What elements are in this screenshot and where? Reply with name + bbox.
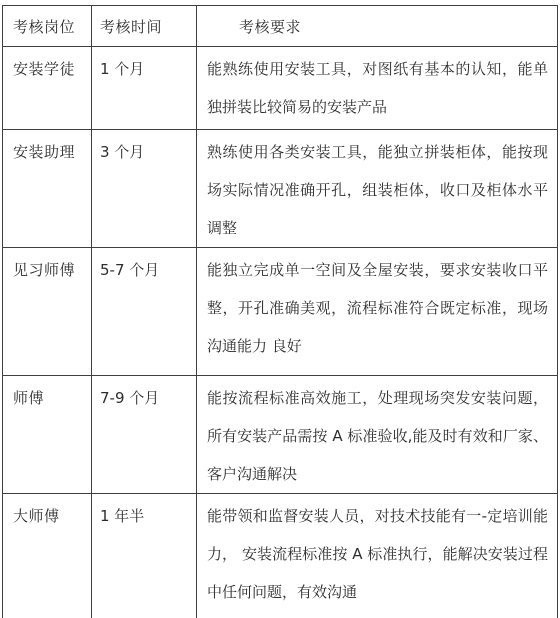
table-row: 安装助理 3 个月 熟练使用各类安装工具，能独立拼装柜体，能按现场实际情况准确开… [3, 130, 558, 248]
cell-position: 安装学徒 [3, 47, 92, 130]
table-row: 师傅 7-9 个月 能按流程标准高效施工，处理现场突发安装问题，所有安装产品需按… [3, 376, 558, 494]
table-row: 安装学徒 1 个月 能熟练使用安装工具，对图纸有基本的认知，能单独拼装比较简易的… [3, 47, 558, 130]
column-header-duration: 考核时间 [92, 6, 197, 47]
cell-duration: 1 个月 [92, 47, 197, 130]
column-header-position: 考核岗位 [3, 6, 92, 47]
document-page: 考核岗位 考核时间 考核要求 安装学徒 1 个月 能熟练使用安装工具，对图纸有基… [2, 5, 558, 618]
cell-requirements: 能按流程标准高效施工，处理现场突发安装问题，所有安装产品需按 A 标准验收,能及… [197, 376, 558, 494]
cell-duration: 5-7 个月 [92, 248, 197, 376]
table-row: 见习师傅 5-7 个月 能独立完成单一空间及全屋安装，要求安装收口平整，开孔准确… [3, 248, 558, 376]
assessment-table: 考核岗位 考核时间 考核要求 安装学徒 1 个月 能熟练使用安装工具，对图纸有基… [2, 5, 558, 618]
cell-duration: 7-9 个月 [92, 376, 197, 494]
cell-requirements: 能熟练使用安装工具，对图纸有基本的认知，能单独拼装比较简易的安装产品 [197, 47, 558, 130]
cell-requirements: 能带领和监督安装人员，对技术技能有一-定培训能力， 安装流程标准按 A 标准执行… [197, 494, 558, 618]
cell-position: 大师傅 [3, 494, 92, 618]
cell-position: 安装助理 [3, 130, 92, 248]
cell-duration: 3 个月 [92, 130, 197, 248]
cell-position: 见习师傅 [3, 248, 92, 376]
cell-requirements: 熟练使用各类安装工具，能独立拼装柜体，能按现场实际情况准确开孔，组装柜体，收口及… [197, 130, 558, 248]
table-header-row: 考核岗位 考核时间 考核要求 [3, 6, 558, 47]
cell-duration: 1 年半 [92, 494, 197, 618]
cell-position: 师傅 [3, 376, 92, 494]
column-header-requirements: 考核要求 [197, 6, 558, 47]
cell-requirements: 能独立完成单一空间及全屋安装，要求安装收口平整，开孔准确美观，流程标准符合既定标… [197, 248, 558, 376]
table-row: 大师傅 1 年半 能带领和监督安装人员，对技术技能有一-定培训能力， 安装流程标… [3, 494, 558, 618]
